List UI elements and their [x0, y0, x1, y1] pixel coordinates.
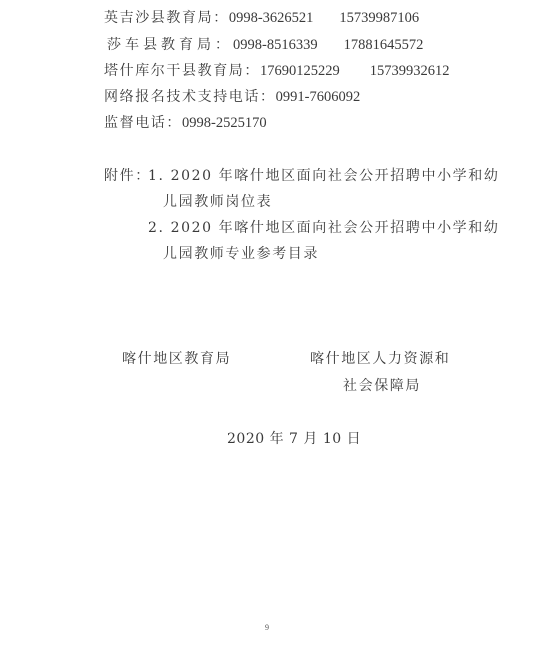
contact-mobile: 17881645572 — [344, 37, 424, 53]
contact-label: 塔什库尔干县教育局： — [104, 63, 260, 79]
contact-label: 英吉沙县教育局： — [104, 10, 229, 26]
attachment-item-1: 1. 2020 年喀什地区面向社会公开招聘中小学和幼 — [148, 167, 500, 185]
contact-phone: 17690125229 — [260, 63, 340, 79]
signature-left: 喀什地区教育局 — [122, 350, 231, 368]
attachment-item-2: 2. 2020 年喀什地区面向社会公开招聘中小学和幼 — [148, 219, 500, 237]
contact-row-shache: 莎车县教育局：0998-851633917881645572 — [107, 36, 423, 54]
contact-phone: 0998-8516339 — [233, 37, 318, 53]
contact-label: 网络报名技术支持电话： — [104, 89, 276, 105]
signature-right-line1: 喀什地区人力资源和 — [310, 350, 450, 368]
contact-phone: 0998-2525170 — [182, 115, 267, 131]
contact-mobile: 15739932612 — [370, 63, 450, 79]
document-date: 2020 年 7 月 10 日 — [227, 430, 361, 448]
page-number: 9 — [265, 623, 269, 632]
contact-row-supervision: 监督电话：0998-2525170 — [104, 114, 267, 132]
attachment-item-2-cont: 儿园教师专业参考目录 — [163, 245, 319, 263]
attachment-item-1-cont: 儿园教师岗位表 — [163, 193, 272, 211]
contact-mobile: 15739987106 — [339, 10, 419, 26]
contact-label: 莎车县教育局： — [107, 37, 233, 53]
contact-phone: 0998-3626521 — [229, 10, 314, 26]
attachment-label: 附件： — [104, 167, 151, 185]
contact-row-tech-support: 网络报名技术支持电话：0991-7606092 — [104, 88, 360, 106]
contact-label: 监督电话： — [104, 115, 182, 131]
signature-right-line2: 社会保障局 — [343, 377, 421, 395]
contact-row-yingjisha: 英吉沙县教育局：0998-362652115739987106 — [104, 9, 419, 27]
contact-row-tashkurgan: 塔什库尔干县教育局：1769012522915739932612 — [104, 62, 450, 80]
contact-phone: 0991-7606092 — [276, 89, 361, 105]
